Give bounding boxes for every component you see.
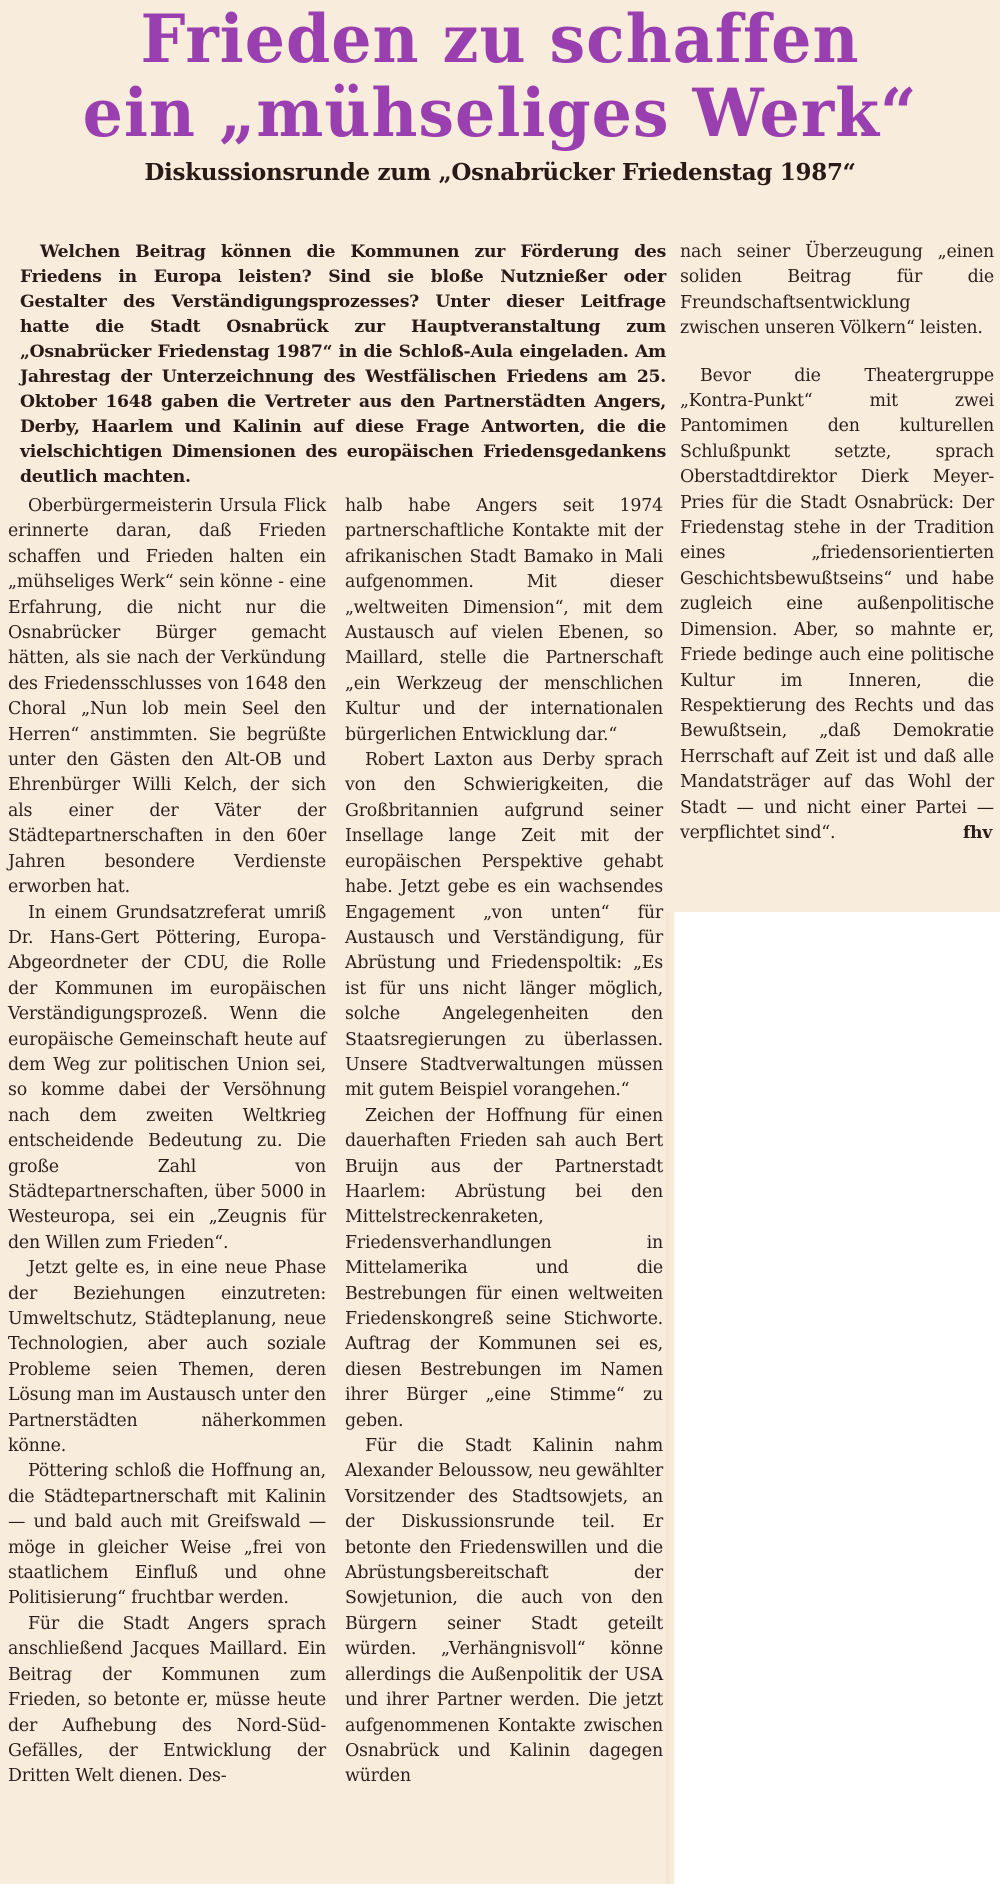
paragraph: Zeichen der Hoffnung für einen dauerhaft… [345,1104,663,1434]
headline: Frieden zu schaffen ein „mühseliges Werk… [0,0,1000,150]
column-3: nach seiner Überzeugung „einen soliden B… [680,240,994,846]
paragraph: Für die Stadt Angers sprach anschließend… [8,1612,326,1790]
paragraph: nach seiner Überzeugung „einen soliden B… [680,240,994,342]
headline-line-2: ein „mühseliges Werk“ [20,76,980,150]
column-2: halb habe Angers seit 1974 partnerschaft… [345,494,663,1790]
paragraph: Für die Stadt Kalinin nahm Alexander Bel… [345,1434,663,1790]
headline-line-1: Frieden zu schaffen [20,2,980,76]
paragraph: Bevor die Theatergruppe „Kontra-Punkt“ m… [680,364,994,847]
article: Frieden zu schaffen ein „mühseliges Werk… [0,0,1000,188]
column-1: Oberbürgermeisterin Ursula Flick erinner… [8,494,326,1790]
paragraph: halb habe Angers seit 1974 partnerschaft… [345,494,663,748]
paragraph: Robert Laxton aus Derby sprach von den S… [345,748,663,1104]
paragraph: Pöttering schloß die Hoffnung an, die St… [8,1459,326,1611]
lead-paragraph: Welchen Beitrag können die Kommunen zur … [20,240,666,490]
paragraph: Jetzt gelte es, in eine neue Phase der B… [8,1256,326,1459]
paragraph: Oberbürgermeisterin Ursula Flick erinner… [8,494,326,901]
clipping-edge [666,912,676,1884]
paragraph: In einem Grundsatzreferat umriß Dr. Hans… [8,901,326,1257]
subheadline: Diskussionsrunde zum „Osnabrücker Friede… [0,150,1000,188]
